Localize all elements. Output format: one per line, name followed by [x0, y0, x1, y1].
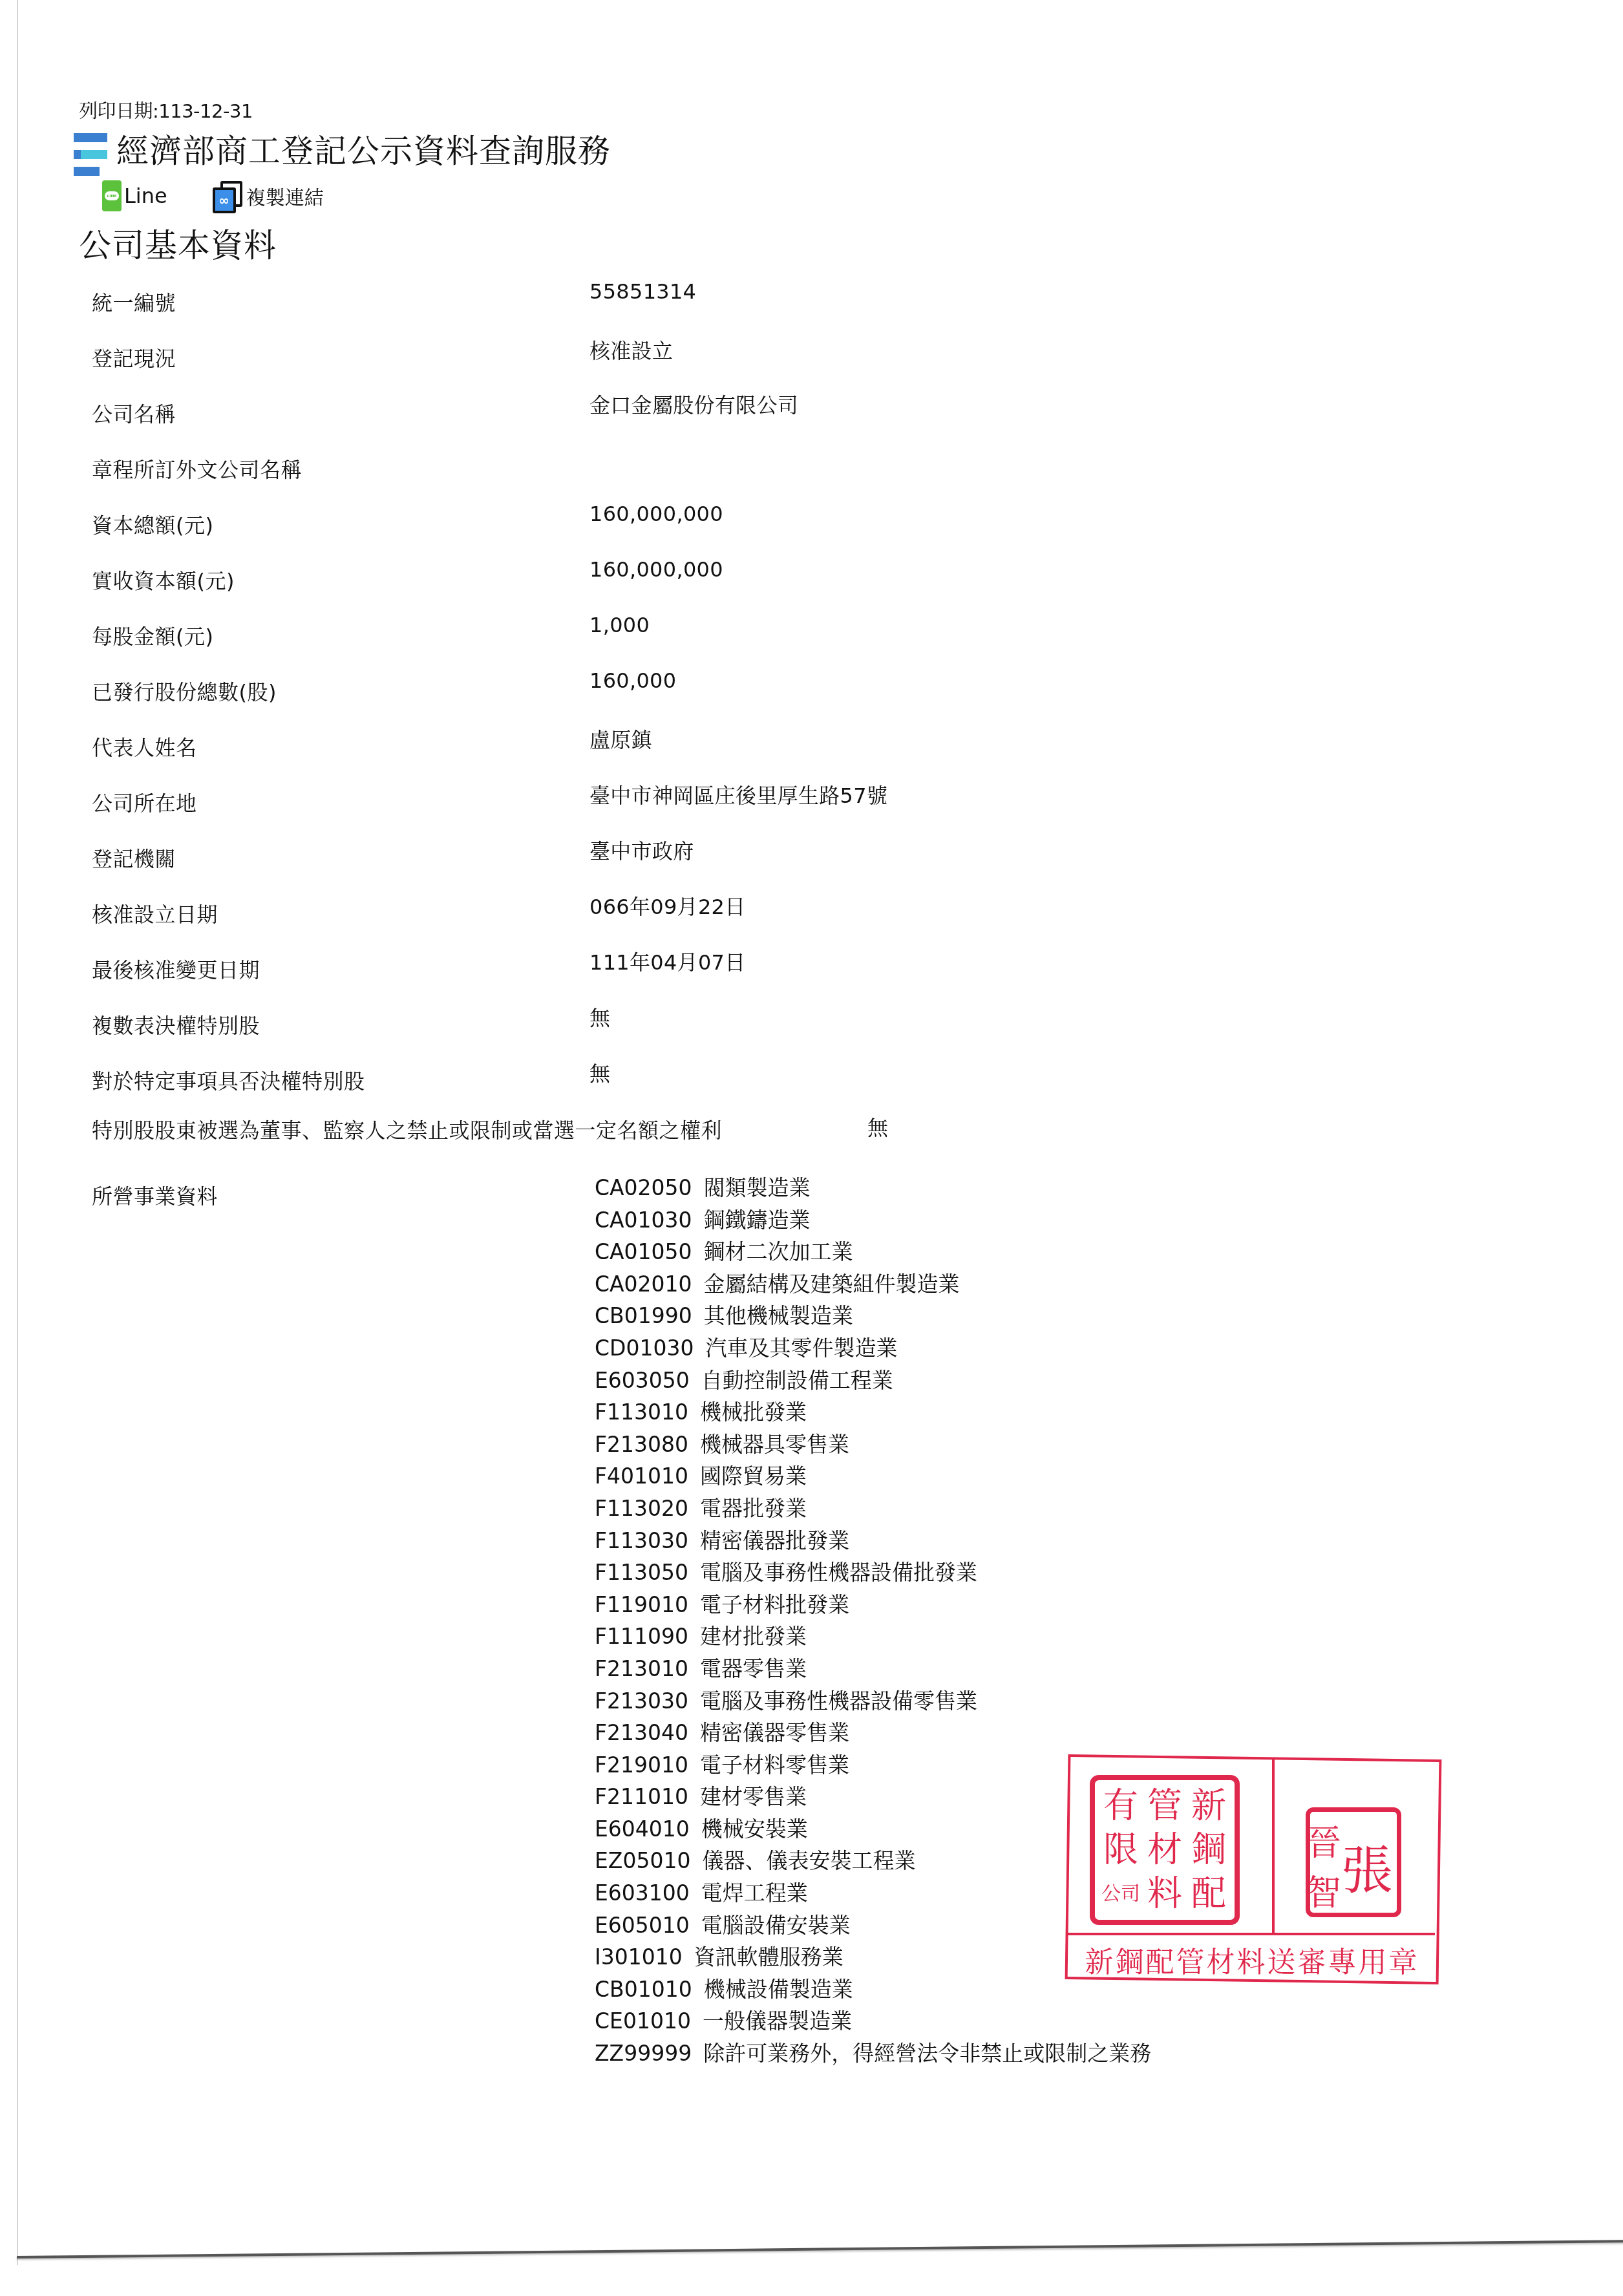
company-seal: 新 鋼 配 管 材 料 有 限 公司: [1090, 1775, 1240, 1925]
field-label-multiple-voting-shares: 複數表決權特別股: [92, 1010, 260, 1039]
field-label-company-name: 公司名稱: [92, 398, 176, 428]
business-item: F213010電器零售業: [595, 1653, 1151, 1685]
field-value-establishment-date: 066年09月22日: [589, 891, 746, 920]
field-value-issued-shares: 160,000: [589, 668, 676, 693]
business-item: CA01030鋼鐵鑄造業: [595, 1204, 1151, 1237]
business-item: CE01010一般儀器製造業: [595, 2005, 1151, 2037]
line-app-icon: LINE: [102, 180, 122, 212]
red-company-seal-stamp: 新 鋼 配 管 材 料 有 限 公司 張 晉 智 新鋼配管材料送審專用章: [1066, 1757, 1440, 1982]
field-value-registration-status: 核准設立: [589, 335, 673, 365]
business-item: F401010國際貿易業: [595, 1460, 1151, 1493]
field-label-veto-shares: 對於特定事項具否決權特別股: [92, 1065, 365, 1095]
field-label-registration-authority: 登記機關: [92, 843, 176, 873]
field-label-address: 公司所在地: [92, 787, 197, 817]
field-value-company-name: 金口金屬股份有限公司: [589, 389, 798, 419]
field-label-par-value: 每股金額(元): [92, 621, 213, 650]
section-title: 公司基本資料: [79, 220, 277, 266]
field-label-special-shareholder-rights: 特別股股東被選為董事、監察人之禁止或限制或當選一定名額之權利: [92, 1114, 722, 1144]
field-label-registration-status: 登記現況: [92, 343, 176, 372]
business-item: F113030精密儀器批發業: [595, 1525, 1151, 1557]
copy-link-icon: ∞: [213, 181, 239, 211]
copy-link-label: 複製連結: [246, 182, 324, 210]
business-item: CA01050鋼材二次加工業: [595, 1236, 1151, 1268]
field-label-last-change-date: 最後核准變更日期: [92, 954, 260, 984]
field-value-representative: 盧原鎮: [589, 724, 652, 754]
field-value-paid-in-capital: 160,000,000: [589, 557, 723, 582]
personal-seal: 張 晉 智: [1306, 1807, 1401, 1917]
business-item: CA02050閥類製造業: [595, 1172, 1151, 1204]
field-label-representative: 代表人姓名: [92, 732, 197, 761]
field-label-total-capital: 資本總額(元): [92, 509, 213, 539]
share-line-label: Line: [124, 184, 167, 208]
business-item: F113050電腦及事務性機器設備批發業: [595, 1557, 1151, 1589]
field-value-total-capital: 160,000,000: [589, 502, 723, 526]
site-header: 經濟部商工登記公示資料查詢服務: [74, 129, 611, 176]
field-value-multiple-voting-shares: 無: [589, 1002, 610, 1032]
scan-page-edge-bottom: [17, 2240, 1623, 2259]
field-value-veto-shares: 無: [589, 1058, 610, 1087]
business-item: F111090建材批發業: [595, 1621, 1151, 1653]
business-item: CB01990其他機械製造業: [595, 1300, 1151, 1332]
business-item: ZZ99999除許可業務外，得經營法令非禁止或限制之業務: [595, 2037, 1151, 2070]
site-title: 經濟部商工登記公示資料查詢服務: [116, 135, 611, 167]
business-item: F213030電腦及事務性機器設備零售業: [595, 1685, 1151, 1717]
print-date: 列印日期:113-12-31: [79, 97, 253, 123]
business-item: E603050自動控制設備工程業: [595, 1365, 1151, 1397]
business-item: F213080機械器具零售業: [595, 1429, 1151, 1461]
field-value-par-value: 1,000: [589, 613, 650, 637]
field-label-issued-shares: 已發行股份總數(股): [92, 676, 277, 706]
seal-caption: 新鋼配管材料送審專用章: [1066, 1939, 1437, 1981]
field-value-unified-number: 55851314: [589, 279, 696, 304]
share-line-button[interactable]: LINE Line: [102, 180, 167, 212]
field-label-foreign-name: 章程所訂外文公司名稱: [92, 454, 302, 484]
field-value-last-change-date: 111年04月07日: [589, 946, 746, 976]
business-item: F213040精密儀器零售業: [595, 1717, 1151, 1749]
field-label-business-items: 所營事業資料: [92, 1180, 218, 1210]
field-label-establishment-date: 核准設立日期: [92, 898, 218, 928]
share-row: LINE Line ∞ 複製連結: [102, 180, 324, 212]
copy-link-button[interactable]: ∞ 複製連結: [213, 181, 324, 211]
field-value-registration-authority: 臺中市政府: [589, 835, 694, 865]
business-item: CA02010金屬結構及建築組件製造業: [595, 1268, 1151, 1301]
field-value-special-shareholder-rights: 無: [867, 1112, 888, 1142]
business-item: CD01030汽車及其零件製造業: [595, 1332, 1151, 1365]
field-value-address: 臺中市神岡區庄後里厚生路57號: [589, 780, 887, 809]
field-label-unified-number: 統一編號: [92, 287, 176, 317]
moea-logo-icon: [74, 129, 110, 176]
scan-page-edge-left: [17, 0, 18, 2265]
business-item: F113020電器批發業: [595, 1493, 1151, 1525]
field-label-paid-in-capital: 實收資本額(元): [92, 565, 235, 595]
business-item: F113010機械批發業: [595, 1396, 1151, 1429]
business-item: F119010電子材料批發業: [595, 1589, 1151, 1621]
